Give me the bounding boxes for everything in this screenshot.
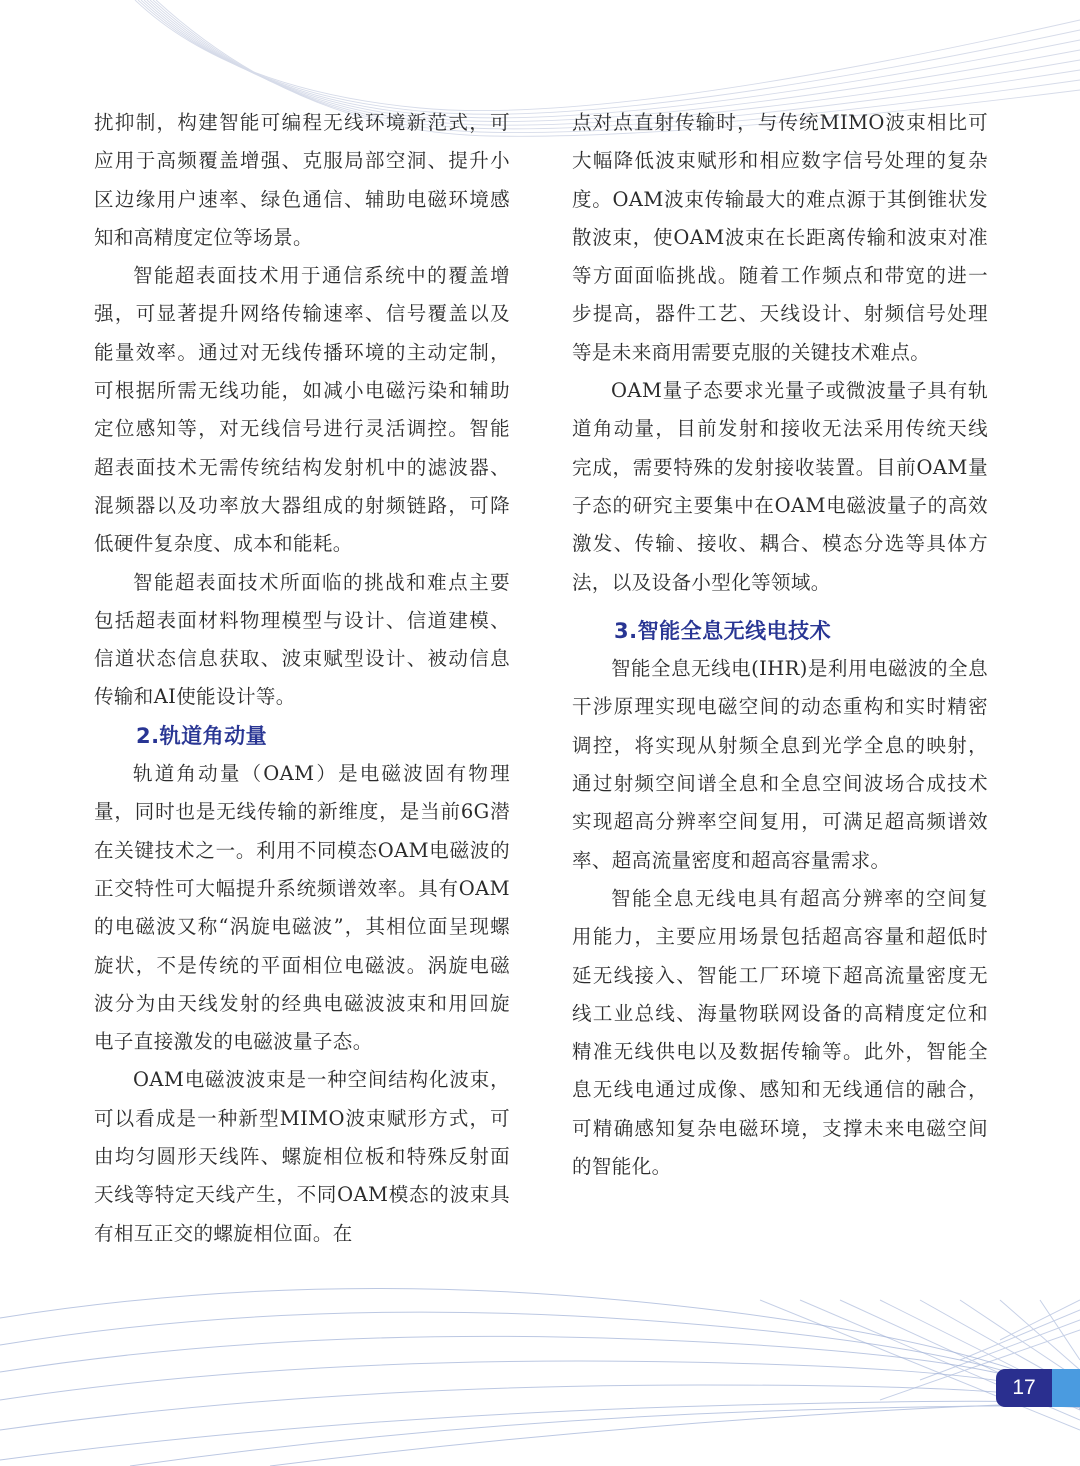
paragraph: OAM电磁波波束是一种空间结构化波束，可以看成是一种新型MIMO波束赋形方式，可…	[94, 1061, 510, 1252]
paragraph: 智能超表面技术所面临的挑战和难点主要包括超表面材料物理模型与设计、信道建模、信道…	[94, 564, 510, 717]
paragraph: OAM量子态要求光量子或微波量子具有轨道角动量，目前发射和接收无法采用传统天线完…	[572, 372, 988, 602]
paragraph: 扰抑制，构建智能可编程无线环境新范式，可应用于高频覆盖增强、克服局部空洞、提升小…	[94, 104, 510, 257]
paragraph: 点对点直射传输时，与传统MIMO波束相比可大幅降低波束赋形和相应数字信号处理的复…	[572, 104, 988, 372]
section-heading-oam: 2.轨道角动量	[94, 717, 510, 755]
page-tab-accent	[1052, 1369, 1080, 1407]
paragraph: 轨道角动量（OAM）是电磁波固有物理量，同时也是无线传输的新维度，是当前6G潜在…	[94, 755, 510, 1061]
paragraph: 智能全息无线电具有超高分辨率的空间复用能力，主要应用场景包括超高容量和超低时延无…	[572, 880, 988, 1186]
left-column: 扰抑制，构建智能可编程无线环境新范式，可应用于高频覆盖增强、克服局部空洞、提升小…	[94, 104, 510, 1253]
paragraph: 智能超表面技术用于通信系统中的覆盖增强，可显著提升网络传输速率、信号覆盖以及能量…	[94, 257, 510, 563]
paragraph: 智能全息无线电(IHR)是利用电磁波的全息干涉原理实现电磁空间的动态重构和实时精…	[572, 650, 988, 880]
section-heading-ihr: 3.智能全息无线电技术	[572, 612, 988, 650]
right-column: 点对点直射传输时，与传统MIMO波束相比可大幅降低波束赋形和相应数字信号处理的复…	[572, 104, 988, 1186]
page-number: 17	[996, 1369, 1052, 1407]
page-number-badge: 17	[996, 1369, 1080, 1407]
